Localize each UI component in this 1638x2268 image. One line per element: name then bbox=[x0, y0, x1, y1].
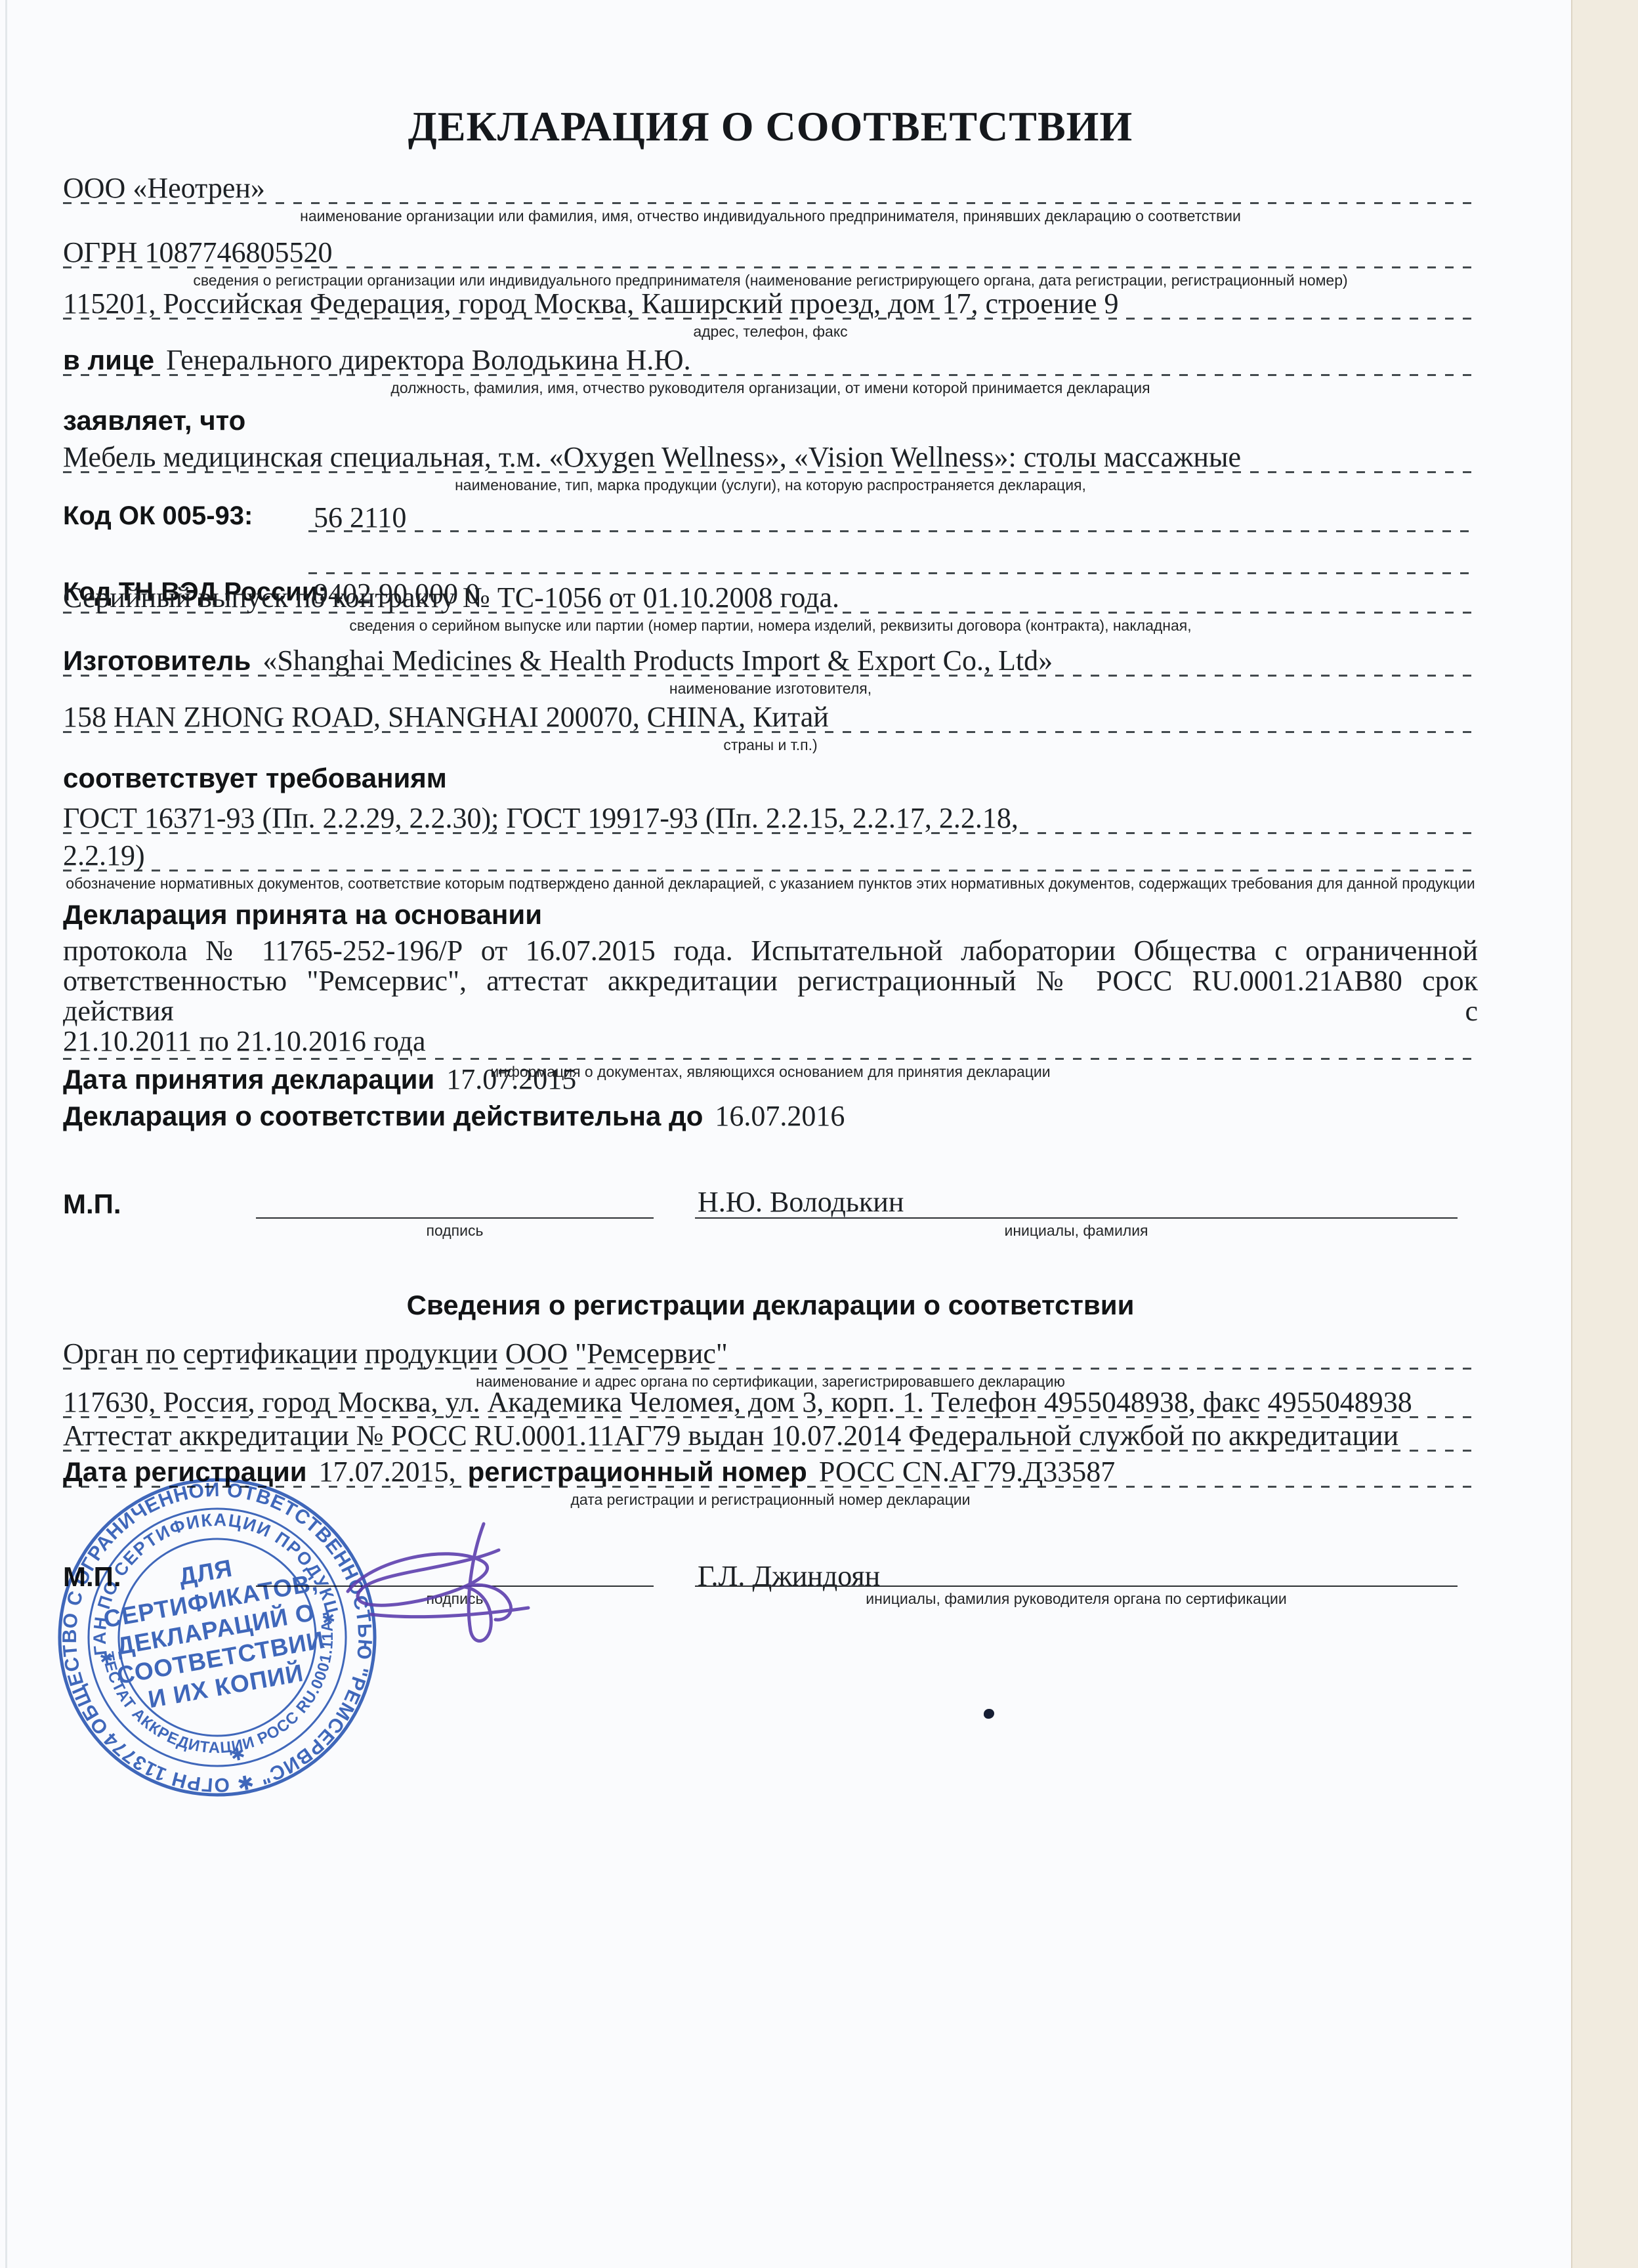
scan-background-strip bbox=[1571, 0, 1638, 2268]
manufacturer-label: Изготовитель bbox=[63, 644, 251, 677]
signature-line bbox=[695, 1217, 1458, 1219]
declarant-org-value: ООО «Неотрен» bbox=[63, 172, 1478, 205]
seal-place-label: М.П. bbox=[63, 1188, 121, 1221]
field-ogrn: ОГРН 1087746805520 сведения о регистраци… bbox=[63, 236, 1478, 289]
registration-heading: Сведения о регистрации декларации о соот… bbox=[63, 1289, 1478, 1322]
valid-until-label: Декларация о соответствии действительна … bbox=[63, 1100, 703, 1133]
signature-area-declarant: подпись bbox=[256, 1217, 654, 1239]
ink-dot bbox=[984, 1709, 994, 1719]
cert-body-value: Орган по сертификации продукции ООО "Рем… bbox=[63, 1337, 1478, 1370]
dashed-line bbox=[63, 202, 1478, 204]
declarant-org-caption: наименование организации или фамилия, им… bbox=[63, 207, 1478, 224]
adoption-date-value: 17.07.2015 bbox=[446, 1063, 576, 1096]
document-title: ДЕКЛАРАЦИЯ О СООТВЕТСТВИИ bbox=[63, 102, 1478, 151]
address-caption: адрес, телефон, факс bbox=[63, 323, 1478, 340]
standards-caption: обозначение нормативных документов, соот… bbox=[63, 875, 1478, 892]
cert-body-address-value: 117630, Россия, город Москва, ул. Академ… bbox=[63, 1386, 1478, 1419]
in-person-caption: должность, фамилия, имя, отчество руково… bbox=[63, 379, 1478, 396]
signature-caption: подпись bbox=[256, 1222, 654, 1239]
basis-heading: Декларация принята на основании bbox=[63, 898, 1478, 931]
dashed-line bbox=[63, 870, 1478, 871]
attestat-value: Аттестат аккредитации № РОСС RU.0001.11А… bbox=[63, 1419, 1478, 1452]
field-cert-body: Орган по сертификации продукции ООО "Рем… bbox=[63, 1337, 1478, 1390]
dashed-line bbox=[63, 1058, 1478, 1060]
handwritten-signature bbox=[331, 1509, 581, 1654]
declarant-head-name: Н.Ю. Володькин bbox=[698, 1185, 904, 1219]
basis-line3: 21.10.2011 по 21.10.2016 года bbox=[63, 1026, 1478, 1057]
standards-line2: 2.2.19) bbox=[63, 839, 1478, 872]
manufacturer-address-value: 158 HAN ZHONG ROAD, SHANGHAI 200070, CHI… bbox=[63, 701, 1478, 734]
field-address: 115201, Российская Федерация, город Моск… bbox=[63, 287, 1478, 340]
name-area-declarant: инициалы, фамилия bbox=[695, 1217, 1458, 1239]
standards-line1: ГОСТ 16371-93 (Пп. 2.2.29, 2.2.30); ГОСТ… bbox=[63, 802, 1478, 835]
dashed-line bbox=[308, 530, 1478, 532]
field-basis: протокола № 11765-252-196/Р от 16.07.201… bbox=[63, 936, 1478, 1080]
field-valid-until: Декларация о соответствии действительна … bbox=[63, 1100, 1478, 1133]
dashed-line bbox=[308, 572, 1478, 574]
manufacturer-address-caption: страны и т.п.) bbox=[63, 736, 1478, 753]
basis-line1: протокола № 11765-252-196/Р от 16.07.201… bbox=[63, 936, 1478, 966]
product-value: Мебель медицинская специальная, т.м. «Ox… bbox=[63, 441, 1478, 474]
serial-value: Серийный выпуск по контракту № ТС-1056 о… bbox=[63, 581, 1478, 614]
field-cert-body-address: 117630, Россия, город Москва, ул. Академ… bbox=[63, 1386, 1478, 1418]
field-manufacturer: Изготовитель «Shanghai Medicines & Healt… bbox=[63, 644, 1478, 697]
conforms-heading: соответствует требованиям bbox=[63, 762, 1478, 795]
ogrn-value: ОГРН 1087746805520 bbox=[63, 236, 1478, 269]
adoption-date-label: Дата принятия декларации bbox=[63, 1063, 434, 1096]
reg-number-label: регистрационный номер bbox=[468, 1456, 807, 1488]
code-tn-underline bbox=[63, 543, 1478, 574]
field-adoption-date: Дата принятия декларации 17.07.2015 bbox=[63, 1063, 1478, 1096]
in-person-label: в лице bbox=[63, 344, 154, 377]
scan-left-edge bbox=[5, 0, 7, 2268]
declaration-document-page: ДЕКЛАРАЦИЯ О СООТВЕТСТВИИ ООО «Неотрен» … bbox=[0, 0, 1638, 2268]
field-serial: Серийный выпуск по контракту № ТС-1056 о… bbox=[63, 581, 1478, 634]
field-manufacturer-address: 158 HAN ZHONG ROAD, SHANGHAI 200070, CHI… bbox=[63, 701, 1478, 753]
address-value: 115201, Российская Федерация, город Моск… bbox=[63, 287, 1478, 320]
field-attestat: Аттестат аккредитации № РОСС RU.0001.11А… bbox=[63, 1419, 1478, 1452]
head-name-caption: инициалы, фамилия руководителя органа по… bbox=[695, 1590, 1458, 1607]
signature-line bbox=[256, 1217, 654, 1219]
field-declarant-org: ООО «Неотрен» наименование организации и… bbox=[63, 172, 1478, 224]
valid-until-value: 16.07.2016 bbox=[715, 1100, 845, 1133]
name-caption: инициалы, фамилия bbox=[695, 1222, 1458, 1239]
basis-line2: ответственностью "Ремсервис", аттестат а… bbox=[63, 966, 1478, 1026]
field-in-person: в лице Генерального директора Володькина… bbox=[63, 344, 1478, 396]
manufacturer-caption: наименование изготовителя, bbox=[63, 680, 1478, 697]
name-area-registrar: инициалы, фамилия руководителя органа по… bbox=[695, 1585, 1458, 1607]
manufacturer-value: «Shanghai Medicines & Health Products Im… bbox=[262, 644, 1053, 677]
field-standards: ГОСТ 16371-93 (Пп. 2.2.29, 2.2.30); ГОСТ… bbox=[63, 802, 1478, 892]
ogrn-caption: сведения о регистрации организации или и… bbox=[63, 272, 1478, 289]
declares-heading: заявляет, что bbox=[63, 404, 1478, 437]
in-person-value: Генерального директора Володькина Н.Ю. bbox=[166, 344, 690, 377]
reg-number-value: РОСС CN.АГ79.Д33587 bbox=[819, 1456, 1115, 1488]
code-ok-underline bbox=[63, 501, 1478, 532]
field-product: Мебель медицинская специальная, т.м. «Ox… bbox=[63, 441, 1478, 493]
product-caption: наименование, тип, марка продукции (услу… bbox=[63, 476, 1478, 493]
signature-line bbox=[695, 1585, 1458, 1587]
serial-caption: сведения о серийном выпуске или партии (… bbox=[63, 617, 1478, 634]
